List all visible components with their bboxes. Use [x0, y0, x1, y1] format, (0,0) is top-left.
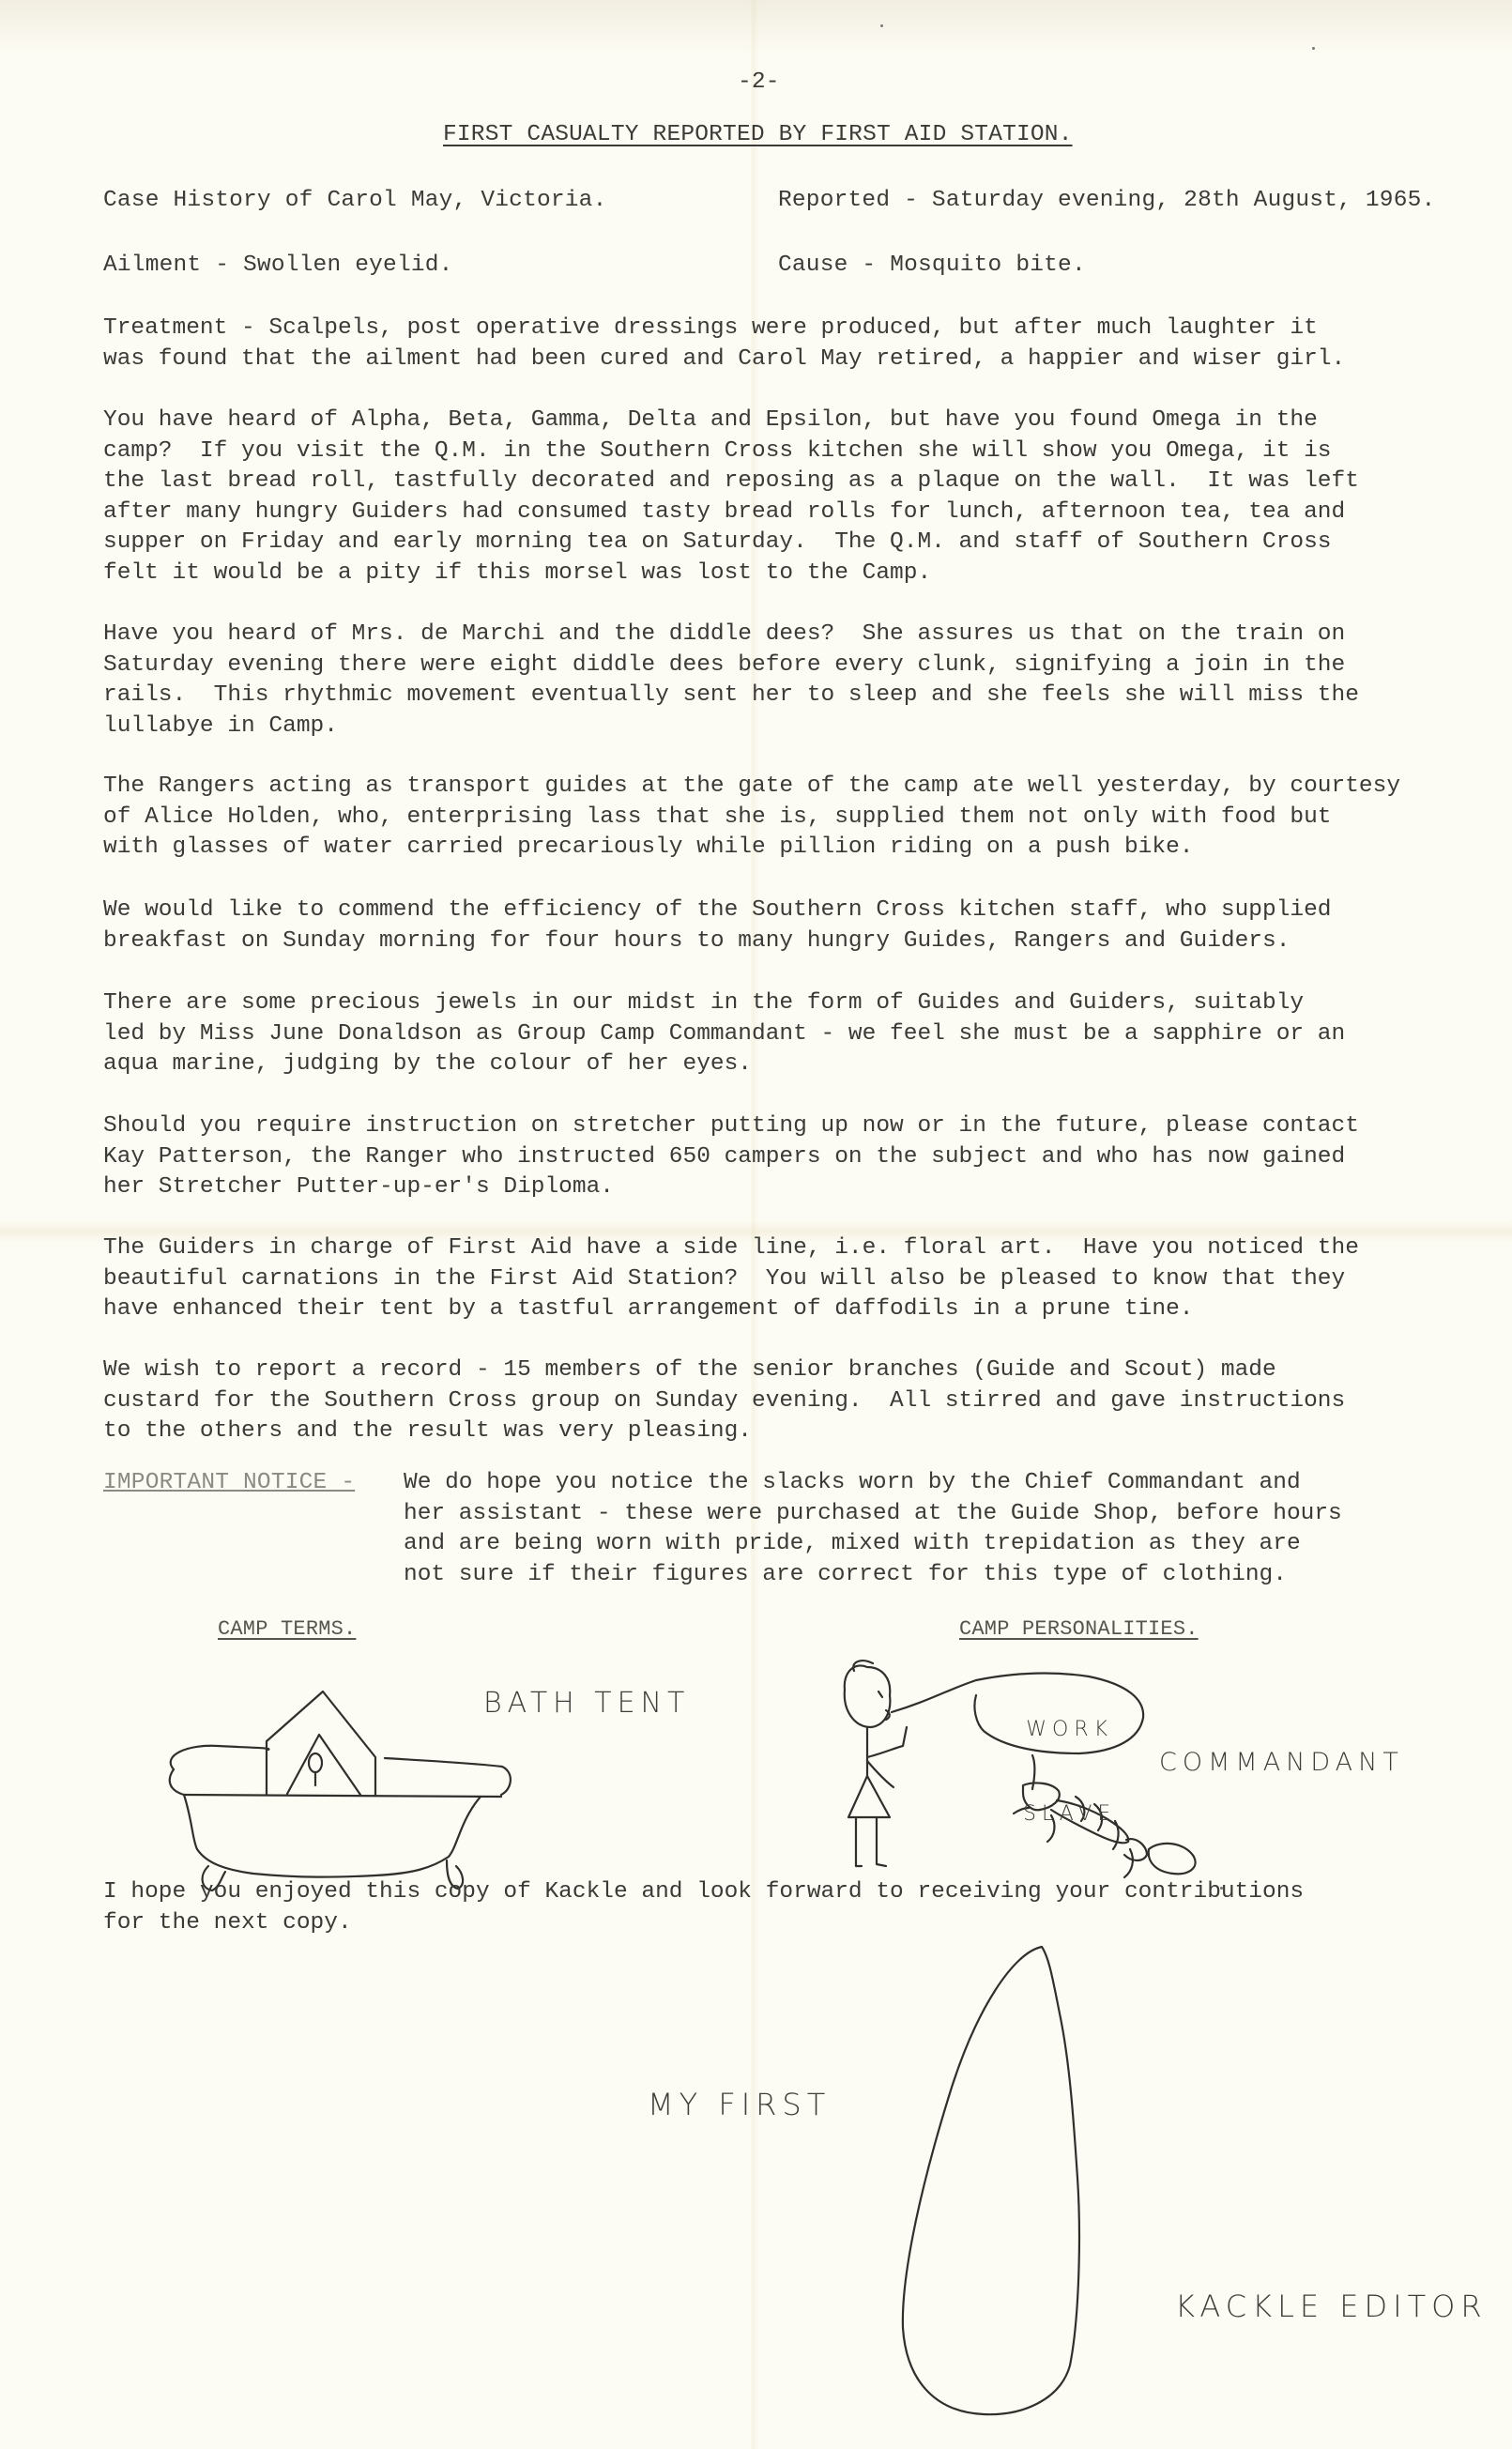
ailment: Ailment - Swollen eyelid. [103, 251, 453, 282]
paragraph-diddle-dees: Have you heard of Mrs. de Marchi and the… [103, 620, 1474, 742]
paragraph-jewels: There are some precious jewels in our mi… [103, 988, 1474, 1080]
camp-personalities-title: CAMP PERSONALITIES. [959, 1615, 1199, 1645]
cause: Cause - Mosquito bite. [778, 251, 1086, 282]
page-title: FIRST CASUALTY REPORTED BY FIRST AID STA… [443, 120, 1073, 151]
important-notice-label: IMPORTANT NOTICE - [103, 1468, 355, 1499]
paper-speck [1220, 1887, 1223, 1890]
paper-speck [1312, 47, 1315, 50]
paragraph-kitchen-staff: We would like to commend the efficiency … [103, 895, 1474, 957]
my-first-label: MY FIRST [648, 2087, 831, 2122]
bathtub-icon [170, 1746, 511, 1890]
newsletter-page: -2- FIRST CASUALTY REPORTED BY FIRST AID… [0, 0, 1512, 2449]
important-notice-body: We do hope you notice the slacks worn by… [404, 1468, 1342, 1590]
tent-icon [267, 1691, 375, 1795]
kackle-editor-label: KACKLE EDITOR [1175, 2288, 1488, 2324]
paragraph-treatment: Treatment - Scalpels, post operative dre… [103, 314, 1474, 375]
reported-date: Reported - Saturday evening, 28th August… [778, 186, 1435, 217]
camp-terms-title: CAMP TERMS. [218, 1615, 356, 1645]
paragraph-floral-art: The Guiders in charge of First Aid have … [103, 1233, 1474, 1325]
case-history: Case History of Carol May, Victoria. [103, 186, 607, 217]
speech-bubble-text: WORK SLAVE [1023, 1660, 1116, 1885]
page-number: -2- [738, 68, 780, 99]
paragraph-rangers: The Rangers acting as transport guides a… [103, 772, 1474, 864]
closing-paragraph: I hope you enjoyed this copy of Kackle a… [103, 1877, 1474, 1938]
paragraph-omega: You have heard of Alpha, Beta, Gamma, De… [103, 406, 1474, 589]
commandant-label: COMMANDANT [1159, 1748, 1404, 1777]
egg-drawing-icon [903, 1947, 1079, 2414]
paragraph-custard-record: We wish to report a record - 15 members … [103, 1355, 1474, 1447]
paragraph-stretcher: Should you require instruction on stretc… [103, 1111, 1474, 1203]
bath-tent-label: BATH TENT [483, 1687, 690, 1720]
paper-speck [880, 24, 883, 27]
stick-figure-icon [845, 1661, 907, 1866]
